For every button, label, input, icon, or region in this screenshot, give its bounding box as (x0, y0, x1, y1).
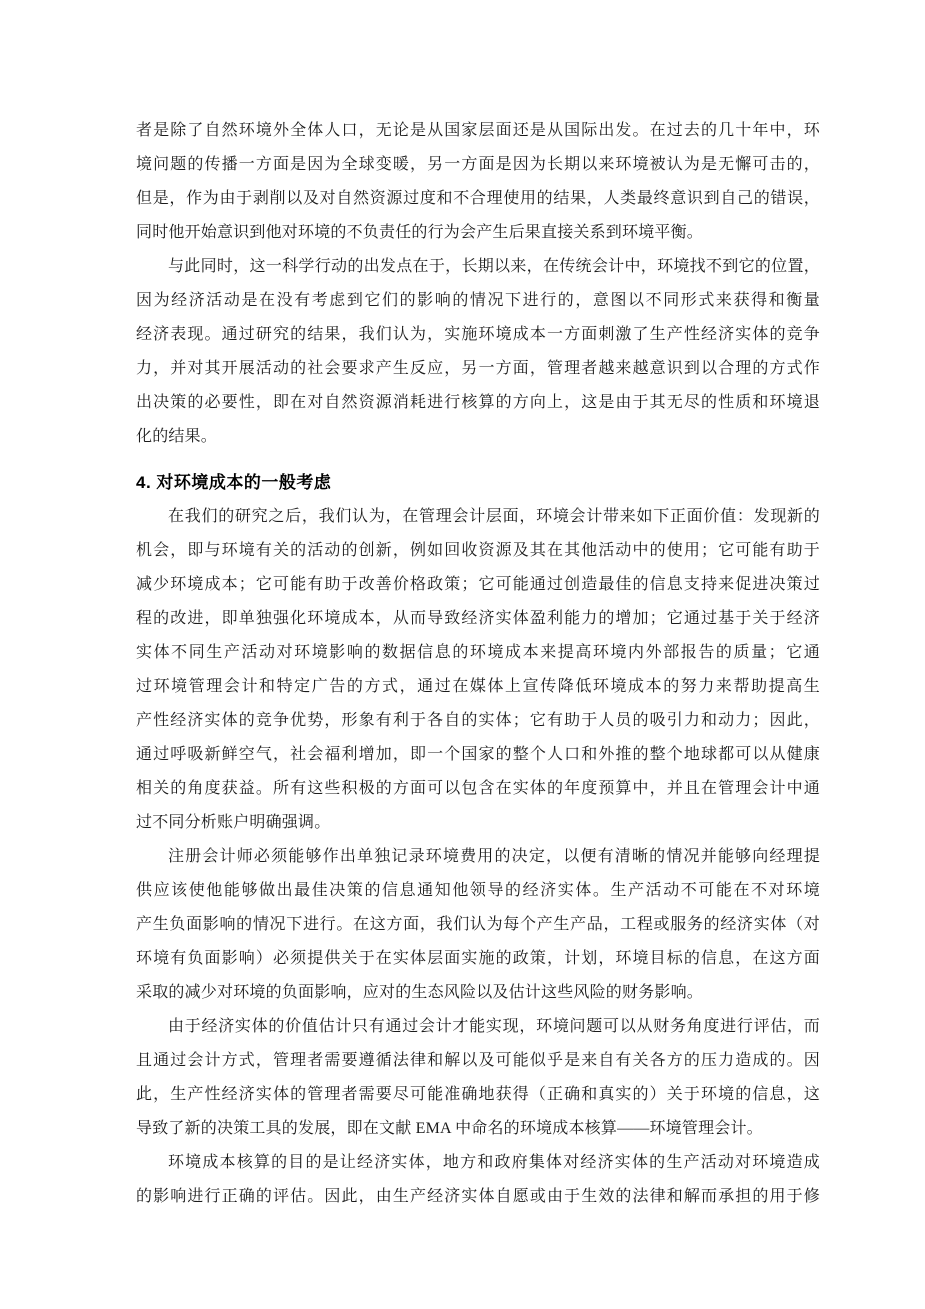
text-line: 实体不同生产活动对环境影响的数据信息的环境成本来提高环境内外部报告的质量；它通 (136, 636, 820, 670)
text-line: 导致了新的决策工具的发展，即在文献 EMA 中命名的环境成本核算——环境管理会计… (136, 1112, 820, 1146)
document-page: 者是除了自然环境外全体人口，无论是从国家层面还是从国际出发。在过去的几十年中，环… (0, 0, 925, 1309)
text-line: 产性经济实体的竞争优势，形象有利于各自的实体；它有助于人员的吸引力和动力；因此， (136, 704, 820, 738)
text-line: 过不同分析账户明确强调。 (136, 806, 820, 840)
text-line: 供应该使他能够做出最佳决策的信息通知他领导的经济实体。生产活动不可能在不对环境 (136, 874, 820, 908)
text-line: 的影响进行正确的评估。因此，由生产经济实体自愿或由于生效的法律和解而承担的用于修 (136, 1180, 820, 1214)
document-body: 者是除了自然环境外全体人口，无论是从国家层面还是从国际出发。在过去的几十年中，环… (136, 114, 820, 1214)
text-line: 与此同时，这一科学行动的出发点在于，长期以来，在传统会计中，环境找不到它的位置， (136, 250, 820, 284)
section-heading: 4. 对环境成本的一般考虑 (136, 466, 820, 500)
text-line: 环境成本核算的目的是让经济实体，地方和政府集体对经济实体的生产活动对环境造成 (136, 1146, 820, 1180)
text-line: 相关的角度获益。所有这些积极的方面可以包含在实体的年度预算中，并且在管理会计中通 (136, 772, 820, 806)
text-line: 力，并对其开展活动的社会要求产生反应，另一方面，管理者越来越意识到以合理的方式作 (136, 352, 820, 386)
text-line: 过环境管理会计和特定广告的方式，通过在媒体上宣传降低环境成本的努力来帮助提高生 (136, 670, 820, 704)
text-line: 但是，作为由于剥削以及对自然资源过度和不合理使用的结果，人类最终意识到自己的错误… (136, 182, 820, 216)
text-line: 产生负面影响的情况下进行。在这方面，我们认为每个产生产品，工程或服务的经济实体（… (136, 908, 820, 942)
text-line: 环境有负面影响）必须提供关于在实体层面实施的政策，计划，环境目标的信息，在这方面 (136, 942, 820, 976)
text-line: 在我们的研究之后，我们认为，在管理会计层面，环境会计带来如下正面价值：发现新的 (136, 500, 820, 534)
text-line: 机会，即与环境有关的活动的创新，例如回收资源及其在其他活动中的使用；它可能有助于 (136, 534, 820, 568)
text-line: 由于经济实体的价值估计只有通过会计才能实现，环境问题可以从财务角度进行评估，而 (136, 1010, 820, 1044)
text-line: 采取的减少对环境的负面影响，应对的生态风险以及估计这些风险的财务影响。 (136, 976, 820, 1010)
text-line: 且通过会计方式，管理者需要遵循法律和解以及可能似乎是来自有关各方的压力造成的。因 (136, 1044, 820, 1078)
text-line: 出决策的必要性，即在对自然资源消耗进行核算的方向上，这是由于其无尽的性质和环境退 (136, 386, 820, 420)
text-line: 化的结果。 (136, 420, 820, 454)
text-line: 同时他开始意识到他对环境的不负责任的行为会产生后果直接关系到环境平衡。 (136, 216, 820, 250)
text-line: 注册会计师必须能够作出单独记录环境费用的决定，以便有清晰的情况并能够向经理提 (136, 840, 820, 874)
text-line: 境问题的传播一方面是因为全球变暖，另一方面是因为长期以来环境被认为是无懈可击的， (136, 148, 820, 182)
text-line: 者是除了自然环境外全体人口，无论是从国家层面还是从国际出发。在过去的几十年中，环 (136, 114, 820, 148)
text-line: 减少环境成本；它可能有助于改善价格政策；它可能通过创造最佳的信息支持来促进决策过 (136, 568, 820, 602)
text-line: 程的改进，即单独强化环境成本，从而导致经济实体盈利能力的增加；它通过基于关于经济 (136, 602, 820, 636)
text-line: 因为经济活动是在没有考虑到它们的影响的情况下进行的，意图以不同形式来获得和衡量 (136, 284, 820, 318)
text-line: 此，生产性经济实体的管理者需要尽可能准确地获得（正确和真实的）关于环境的信息，这 (136, 1078, 820, 1112)
text-line: 经济表现。通过研究的结果，我们认为，实施环境成本一方面刺激了生产性经济实体的竞争 (136, 318, 820, 352)
text-line: 通过呼吸新鲜空气，社会福利增加，即一个国家的整个人口和外推的整个地球都可以从健康 (136, 738, 820, 772)
